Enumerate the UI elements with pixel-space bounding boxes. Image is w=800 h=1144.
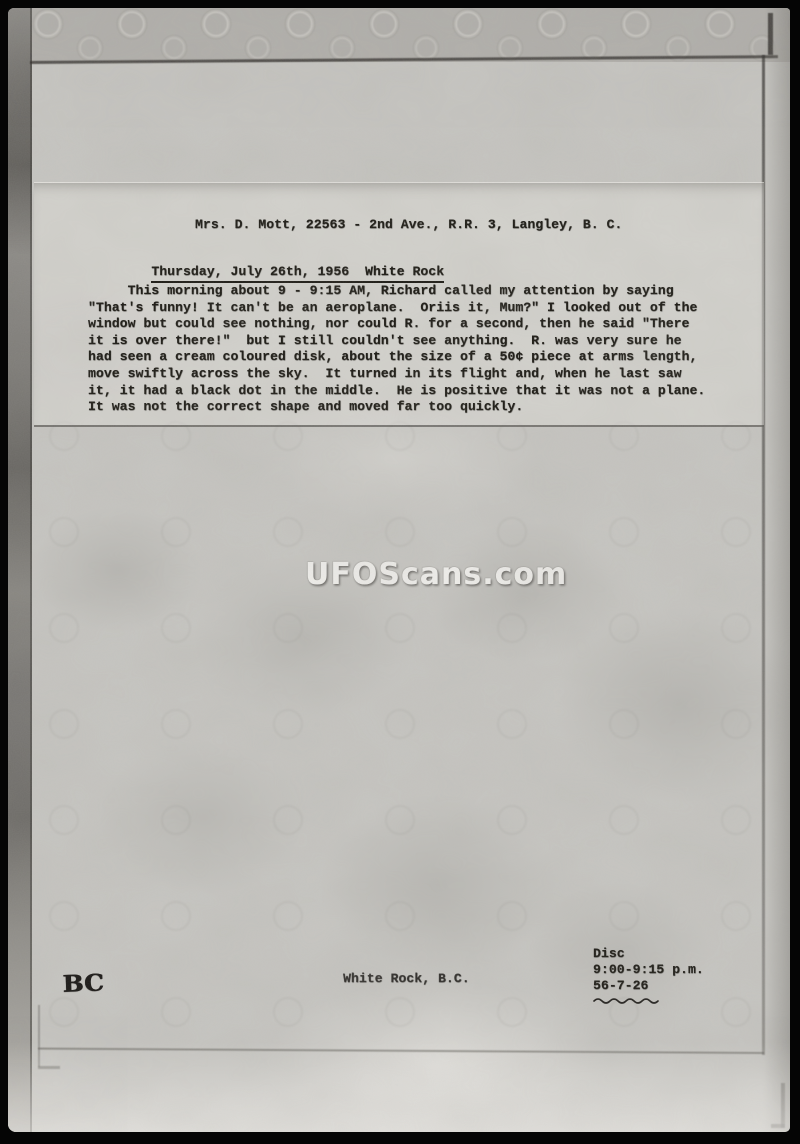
report-classification: Disc [593, 946, 625, 963]
binding-strip [8, 8, 32, 1132]
inner-page-bottom-edge [38, 1048, 764, 1054]
location-caption: White Rock, B.C. [343, 971, 470, 988]
watermark-text: UFOScans.com [305, 557, 567, 592]
paper-ring-texture [8, 388, 790, 1062]
typed-header: Mrs. D. Mott, 22563 - 2nd Ave., R.R. 3, … [195, 217, 622, 234]
album-page: Mrs. D. Mott, 22563 - 2nd Ave., R.R. 3, … [8, 8, 790, 1132]
decorative-top-band [28, 8, 790, 62]
report-date: 56-7-26 [593, 978, 648, 995]
bottom-light-band [8, 1042, 790, 1132]
page-corner-mark-bottom-left [38, 1005, 40, 1067]
letter-paper: Mrs. D. Mott, 22563 - 2nd Ave., R.R. 3, … [34, 183, 764, 427]
handwritten-initials: BC [62, 969, 104, 997]
page-corner-mark-bottom-right [781, 1083, 785, 1128]
wavy-underline [593, 996, 665, 1006]
typed-dateline-text: Thursday, July 26th, 1956 White Rock [151, 264, 444, 284]
report-time: 9:00-9:15 p.m. [593, 962, 704, 979]
right-shadow-band [764, 8, 790, 1132]
typed-body: This morning about 9 - 9:15 AM, Richard … [88, 283, 705, 416]
scan-frame: Mrs. D. Mott, 22563 - 2nd Ave., R.R. 3, … [0, 0, 800, 1144]
